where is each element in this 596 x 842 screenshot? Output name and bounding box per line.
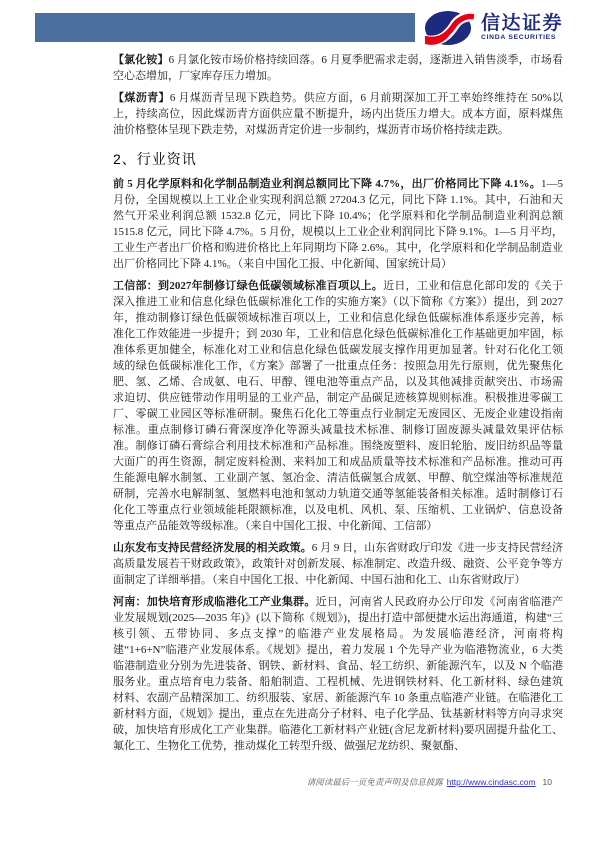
report-body: 【氯化铵】6 月氯化铵市场价格持续回落。6 月夏季肥需求走弱，逐渐进入销售淡季，… <box>113 52 563 760</box>
footer-disclaimer: 请阅读最后一页免责声明及信息披露 <box>307 777 443 788</box>
cinda-logo-mark-icon <box>425 11 474 45</box>
para-coal-tar-pitch-text: 6 月煤沥青呈现下跌趋势。供应方面，6 月前期深加工开工率始终维持在 50%以上… <box>113 92 563 136</box>
para-coal-tar-pitch: 【煤沥青】6 月煤沥青呈现下跌趋势。供应方面，6 月前期深加工开工率始终维持在 … <box>113 90 563 138</box>
para-henan-cluster-lead: 河南：加快培育形成临港化工产业集群。 <box>113 596 316 608</box>
para-miit-standards-text: 近日，工业和信息化部印发的《关于深入推进工业和信息化绿色低碳标准化工作的实施方案… <box>113 280 563 532</box>
footer-website-link[interactable]: http://www.cindasc.com <box>447 777 536 788</box>
para-coal-tar-pitch-lead: 【煤沥青】 <box>113 92 170 104</box>
para-chemical-profit-text: 1—5 月份，全国规模以上工业企业实现利润总额 27204.3 亿元，同比下降 … <box>113 178 563 270</box>
para-henan-cluster: 河南：加快培育形成临港化工产业集群。近日，河南省人民政府办公厅印发《河南省临港产… <box>113 594 563 754</box>
logo-name-en: CINDA SECURITIES <box>481 35 556 42</box>
section-heading-industry-news: 2、行业资讯 <box>113 149 563 169</box>
report-page: 信达证券 CINDA SECURITIES 【氯化铵】6 月氯化铵市场价格持续回… <box>0 0 596 842</box>
cinda-logo: 信达证券 CINDA SECURITIES <box>425 11 563 45</box>
logo-text: 信达证券 CINDA SECURITIES <box>481 14 563 42</box>
para-chemical-profit-lead: 前 5 月化学原料和化学制品制造业利润总额同比下降 4.7%，出厂价格同比下降 … <box>113 178 541 190</box>
logo-name-cn: 信达证券 <box>481 14 563 33</box>
footer-page-number: 10 <box>543 777 552 788</box>
header-bar <box>35 13 415 42</box>
para-miit-standards-lead: 工信部：到2027年制修订绿色低碳领域标准百项以上。 <box>113 280 383 292</box>
page-footer: 请阅读最后一页免责声明及信息披露 http://www.cindasc.com … <box>307 777 552 788</box>
para-ammonium-chloride-text: 6 月氯化铵市场价格持续回落。6 月夏季肥需求走弱，逐渐进入销售淡季，市场看空心… <box>113 54 563 82</box>
para-chemical-profit: 前 5 月化学原料和化学制品制造业利润总额同比下降 4.7%，出厂价格同比下降 … <box>113 176 563 272</box>
para-miit-standards: 工信部：到2027年制修订绿色低碳领域标准百项以上。近日，工业和信息化部印发的《… <box>113 278 563 534</box>
para-ammonium-chloride-lead: 【氯化铵】 <box>113 54 169 66</box>
para-shandong-policy-lead: 山东发布支持民营经济发展的相关政策。 <box>113 542 312 554</box>
para-ammonium-chloride: 【氯化铵】6 月氯化铵市场价格持续回落。6 月夏季肥需求走弱，逐渐进入销售淡季，… <box>113 52 563 84</box>
para-shandong-policy: 山东发布支持民营经济发展的相关政策。6 月 9 日，山东省财政厅印发《进一步支持… <box>113 540 563 588</box>
para-henan-cluster-text: 近日，河南省人民政府办公厅印发《河南省临港产业发展规划(2025—2035 年)… <box>113 596 563 752</box>
